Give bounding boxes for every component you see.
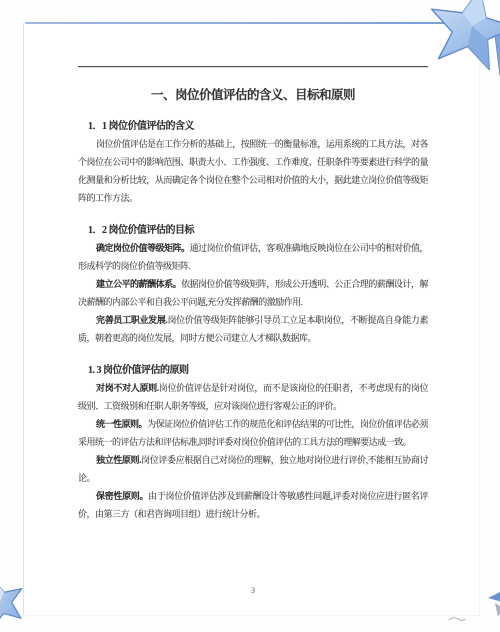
paragraph: 保密性原则。由于岗位价值评估涉及到薪酬设计等敏感性问题,评委对岗位应进行匿名评价… <box>78 487 428 523</box>
paragraph: 独立性原则.岗位评委应根据自己对岗位的理解，独立地对岗位进行评价,不能相互协商讨… <box>78 451 428 487</box>
page-title: 一、岗位价值评估的含义、目标和原则 <box>78 88 428 103</box>
paragraph-lead: 统一性原则。 <box>96 419 147 429</box>
paragraph: 对岗不对人原则.岗位价值评估是针对岗位，而不是该岗位的任职者，不考虑现有的岗位级… <box>78 379 428 415</box>
paragraph-text: 岗位价值评估是在工作分析的基础上，按照统一的衡量标准，运用系统的工具方法，对各个… <box>78 139 428 203</box>
paragraph: 统一性原则。为保证岗位价值评估工作的规范化和评估结果的可比性，岗位价值评估必须采… <box>78 415 428 451</box>
scanned-document-page: 一、岗位价值评估的含义、目标和原则 1．1 岗位价值评估的含义岗位价值评估是在工… <box>0 0 500 632</box>
section: 1．1 岗位价值评估的含义岗位价值评估是在工作分析的基础上，按照统一的衡量标准，… <box>78 120 428 207</box>
page-number: 3 <box>78 586 428 595</box>
paragraph-lead: 独立性原则. <box>96 455 141 465</box>
document-body: 一、岗位价值评估的含义、目标和原则 1．1 岗位价值评估的含义岗位价值评估是在工… <box>78 88 428 523</box>
pen-mark-icon <box>448 615 466 623</box>
paragraph: 确定岗位价值等级矩阵。通过岗位价值评估，客观准确地反映岗位在公司中的相对价值，形… <box>78 239 428 275</box>
top-accent-line <box>25 22 457 24</box>
section-heading: 1．1 岗位价值评估的含义 <box>78 120 428 133</box>
paragraph-lead: 保密性原则。 <box>96 491 148 501</box>
paragraph: 建立公平的薪酬体系。依据岗位价值等级矩阵，形成公开透明、公正合理的薪酬设计，解决… <box>78 275 428 311</box>
paragraph: 完善员工职业发展.岗位价值等级矩阵能够引导员工立足本职岗位，不断提高自身能力素质… <box>78 311 428 347</box>
sections: 1．1 岗位价值评估的含义岗位价值评估是在工作分析的基础上，按照统一的衡量标准，… <box>78 120 428 523</box>
star-fragment-icon <box>491 602 500 618</box>
header-rule <box>78 66 428 67</box>
paragraph-lead: 完善员工职业发展. <box>96 315 167 325</box>
paragraph-lead: 建立公平的薪酬体系。 <box>96 279 181 289</box>
section-heading: 1．2 岗位价值评估的目标 <box>78 224 428 237</box>
section-heading: 1. 3 岗位价值评估的原则 <box>78 364 428 377</box>
section: 1．2 岗位价值评估的目标确定岗位价值等级矩阵。通过岗位价值评估，客观准确地反映… <box>78 224 428 347</box>
paragraph: 岗位价值评估是在工作分析的基础上，按照统一的衡量标准，运用系统的工具方法，对各个… <box>78 135 428 207</box>
paragraph-lead: 对岗不对人原则. <box>96 383 159 393</box>
star-fragment-icon <box>486 590 500 604</box>
section: 1. 3 岗位价值评估的原则对岗不对人原则.岗位价值评估是针对岗位，而不是该岗位… <box>78 364 428 523</box>
paragraph-lead: 确定岗位价值等级矩阵。 <box>96 243 190 253</box>
